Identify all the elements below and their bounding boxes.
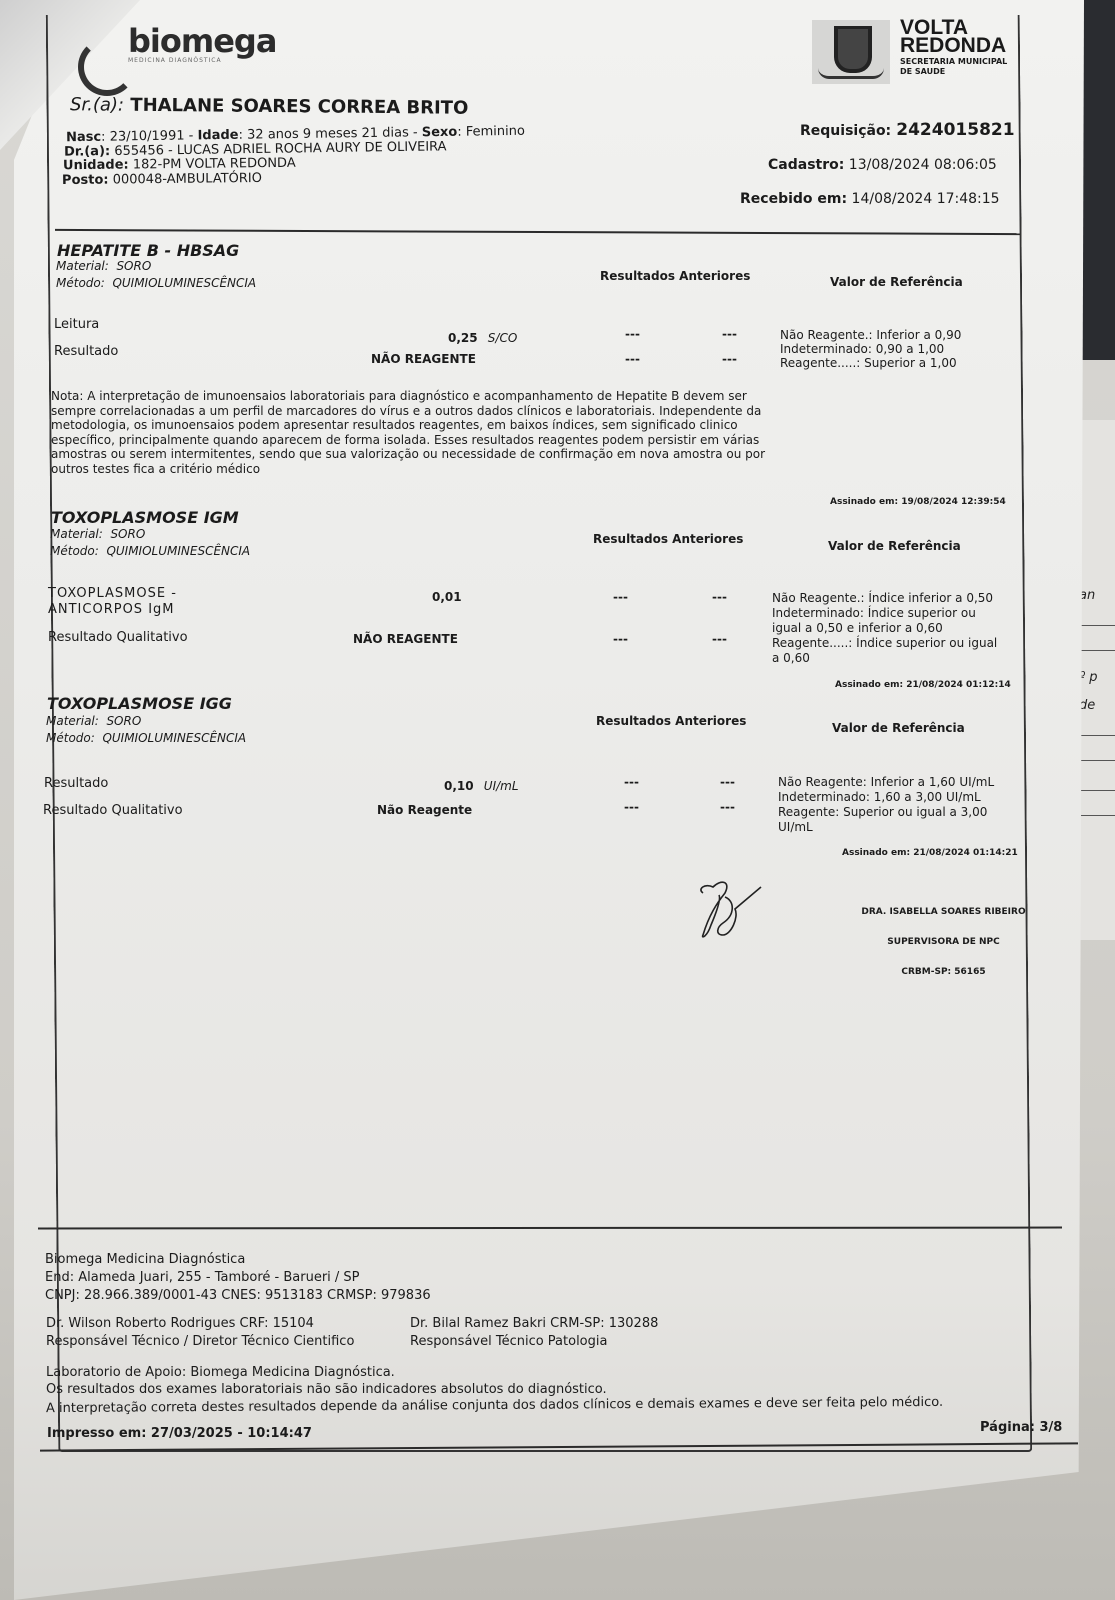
reference-header: Valor de Referência — [828, 539, 961, 553]
patient-name-line: Sr.(a): THALANE SOARES CORREA BRITO — [70, 94, 468, 118]
result-value: NÃO REAGENTE — [371, 352, 476, 366]
signatory-role: SUPERVISORA DE NPC — [856, 937, 1031, 947]
footer-company: Biomega Medicina Diagnóstica — [45, 1252, 245, 1268]
unit: 182-PM VOLTA REDONDA — [133, 156, 296, 173]
bg-text-fragment: º p — [1079, 670, 1098, 685]
signature-scribble-icon — [695, 875, 765, 945]
volta-redonda-crest-icon — [812, 20, 890, 84]
previous-result-1: --- — [624, 800, 639, 814]
result-value: 0,25 S/CO — [448, 327, 517, 346]
result-value: 0,01 — [432, 590, 462, 604]
signatory-registry: CRBM-SP: 56165 — [856, 967, 1031, 977]
previous-result-1: --- — [613, 590, 628, 604]
requisition-number: 2424015821 — [896, 120, 1014, 140]
received-date: Recebido em: 14/08/2024 17:48:15 — [740, 191, 1000, 207]
previous-result-1: --- — [625, 327, 640, 341]
municipal-logo-sub1: SECRETARIA MUNICIPAL — [900, 57, 1007, 67]
exam-title-toxo-igg: TOXOPLASMOSE IGG — [47, 694, 232, 713]
responsible-2-name: Dr. Bilal Ramez Bakri CRM-SP: 130288 — [410, 1316, 658, 1332]
result-value: NÃO REAGENTE — [353, 632, 458, 646]
result-value: Não Reagente — [377, 803, 472, 817]
signatory: DRA. ISABELLA SOARES RIBEIRO SUPERVISORA… — [856, 887, 1031, 987]
row-label: Leitura — [54, 317, 99, 332]
previous-result-1: --- — [613, 632, 628, 646]
municipal-logo-line2: REDONDA — [900, 36, 1006, 56]
biomega-logo: biomega — [128, 22, 276, 60]
municipal-logo-sub2: DE SAUDE — [900, 67, 945, 77]
reference-values: Não Reagente: Inferior a 1,60 UI/mL Inde… — [778, 775, 994, 835]
sex: Feminino — [466, 124, 525, 140]
previous-result-1: --- — [624, 775, 639, 789]
exam-method: Método: QUIMIOLUMINESCÊNCIA — [56, 276, 256, 290]
support-lab: Laboratorio de Apoio: Biomega Medicina D… — [46, 1365, 395, 1381]
exam-method: Método: QUIMIOLUMINESCÊNCIA — [50, 544, 250, 558]
previous-result-1: --- — [625, 352, 640, 366]
exam-title-hbsag: HEPATITE B - HBSAG — [57, 241, 239, 260]
row-label: Resultado — [44, 776, 108, 791]
footer-address: End: Alameda Juari, 255 - Tamboré - Baru… — [45, 1270, 360, 1286]
previous-result-2: --- — [712, 632, 727, 646]
exam-material: Material: SORO — [50, 527, 145, 541]
footer-ids: CNPJ: 28.966.389/0001-43 CNES: 9513183 C… — [45, 1288, 431, 1304]
previous-result-2: --- — [720, 775, 735, 789]
page-number: Página: 3/8 — [980, 1420, 1062, 1435]
responsible-1-role: Responsável Técnico / Diretor Técnico Ci… — [46, 1334, 354, 1350]
post-line: Posto: 000048-AMBULATÓRIO — [62, 171, 262, 188]
patient-name: THALANE SOARES CORREA BRITO — [130, 95, 468, 119]
reference-header: Valor de Referência — [832, 721, 965, 735]
registration-date: Cadastro: 13/08/2024 08:06:05 — [768, 157, 997, 173]
previous-result-2: --- — [722, 327, 737, 341]
requisition: Requisição: 2424015821 — [800, 120, 1015, 140]
exam-material: Material: SORO — [56, 259, 151, 273]
biomega-tagline: MEDICINA DIAGNÓSTICA — [128, 57, 222, 64]
responsible-2-role: Responsável Técnico Patologia — [410, 1334, 607, 1350]
reference-header: Valor de Referência — [830, 275, 963, 289]
row-label: TOXOPLASMOSE - ANTICORPOS IgM — [48, 586, 177, 618]
exam-note: Nota: A interpretação de imunoensaios la… — [51, 389, 791, 476]
previous-result-2: --- — [720, 800, 735, 814]
exam-title-toxo-igm: TOXOPLASMOSE IGM — [51, 508, 239, 527]
signatory-name: DRA. ISABELLA SOARES RIBEIRO — [856, 907, 1031, 917]
row-label: Resultado Qualitativo — [48, 630, 188, 645]
disclaimer-1: Os resultados dos exames laboratoriais n… — [46, 1382, 607, 1398]
post: 000048-AMBULATÓRIO — [113, 171, 262, 188]
exam-material: Material: SORO — [46, 714, 141, 728]
reference-values: Não Reagente.: Índice inferior a 0,50 In… — [772, 591, 997, 666]
previous-result-2: --- — [722, 352, 737, 366]
exam-method: Método: QUIMIOLUMINESCÊNCIA — [46, 731, 246, 745]
reference-values: Não Reagente.: Inferior a 0,90 Indetermi… — [780, 328, 961, 370]
responsible-1-name: Dr. Wilson Roberto Rodrigues CRF: 15104 — [46, 1316, 314, 1332]
result-value: 0,10 UI/mL — [444, 775, 519, 794]
row-label: Resultado — [54, 344, 118, 359]
previous-result-2: --- — [712, 590, 727, 604]
previous-results-header: Resultados Anteriores — [593, 532, 743, 546]
previous-results-header: Resultados Anteriores — [600, 269, 750, 283]
printed-timestamp: Impresso em: 27/03/2025 - 10:14:47 — [47, 1426, 312, 1441]
signed-timestamp: Assinado em: 21/08/2024 01:14:21 — [842, 848, 1018, 858]
signed-timestamp: Assinado em: 21/08/2024 01:12:14 — [835, 680, 1011, 690]
previous-results-header: Resultados Anteriores — [596, 714, 746, 728]
signed-timestamp: Assinado em: 19/08/2024 12:39:54 — [830, 497, 1006, 507]
row-label: Resultado Qualitativo — [43, 803, 183, 818]
